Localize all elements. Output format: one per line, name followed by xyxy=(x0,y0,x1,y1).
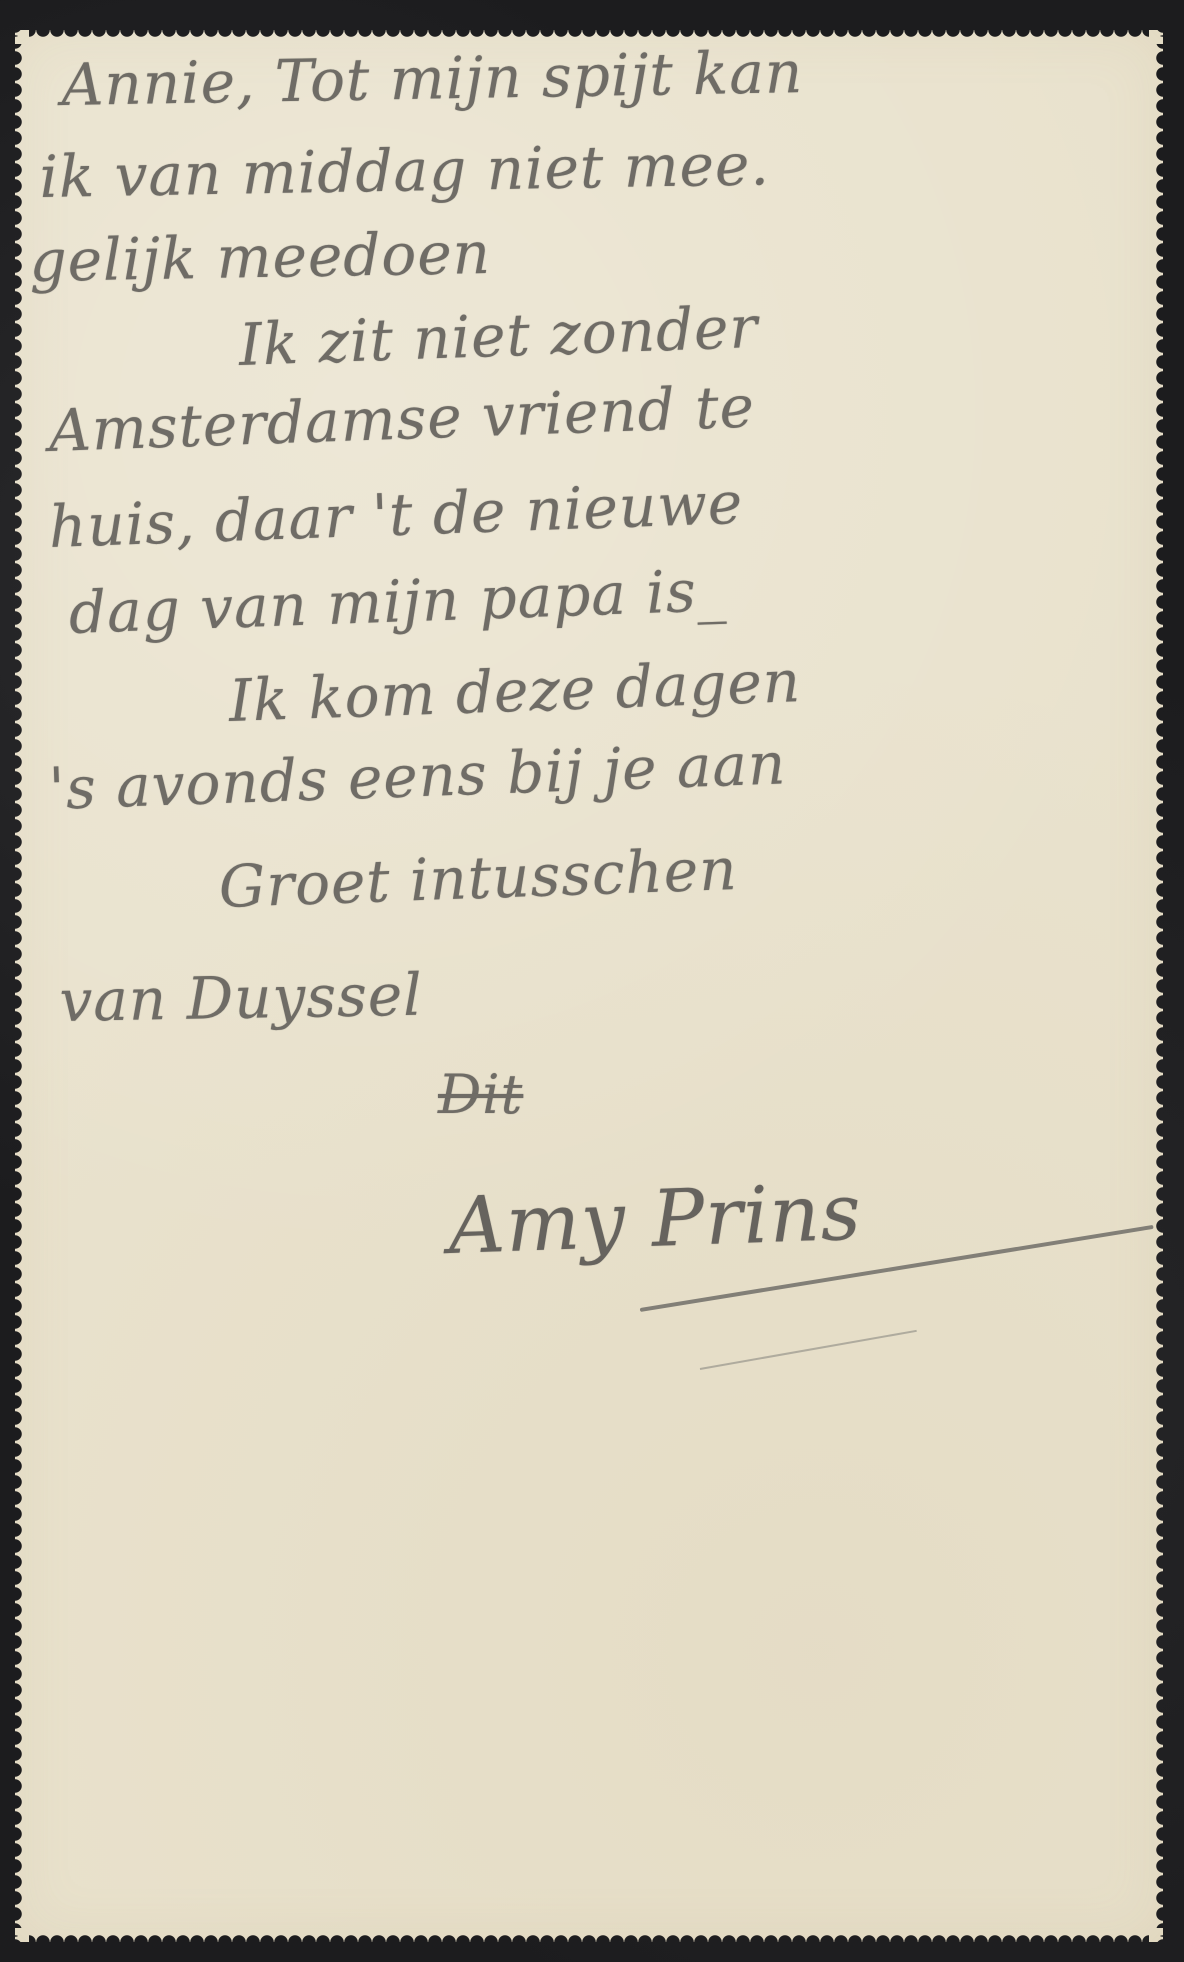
letter-line-2: ik van middag niet mee. xyxy=(39,135,770,206)
struck-through-word: Dit xyxy=(438,1068,523,1122)
letter-line-10: Groet intusschen xyxy=(218,840,738,916)
letter-line-11: van Duyssel xyxy=(59,966,423,1030)
letter-line-1: Annie, Tot mijn spijt kan xyxy=(61,43,804,114)
letter-line-4: Ik zit niet zonder xyxy=(238,298,759,374)
signature: Amy Prins xyxy=(447,1174,863,1266)
letter-line-3: gelijk meedoen xyxy=(29,224,491,290)
